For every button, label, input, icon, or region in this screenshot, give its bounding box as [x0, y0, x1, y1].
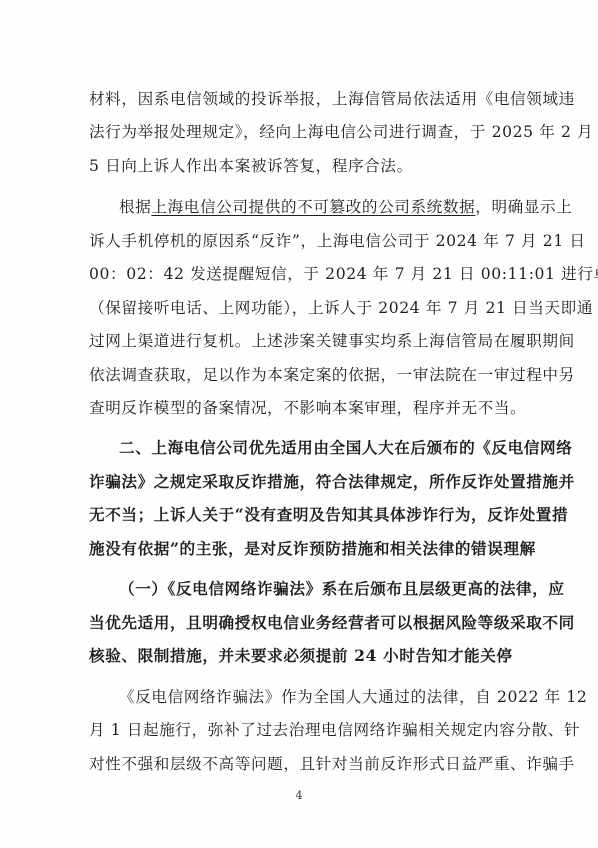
paragraph-2-line-4: （保留接听电话、上网功能），上诉人于 2024 年 7 月 21 日当天即通	[89, 298, 521, 318]
heading-2-line-4: 施没有依据”的主张，是对反诈预防措施和相关法律的错误理解	[89, 539, 521, 559]
subheading-1-line-1: （一）《反电信网络诈骗法》系在后颁布且层级更高的法律，应	[119, 579, 521, 599]
paragraph-3-line-1: 《反电信网络诈骗法》作为全国人大通过的法律，自 2022 年 12	[119, 687, 521, 707]
paragraph-2-line-3: 00：02：42 发送提醒短信，于 2024 年 7 月 21 日 00:11:…	[89, 264, 521, 284]
page-number: 4	[0, 789, 598, 802]
paragraph-2-line-6: 依法调查获取，足以作为本案定案的依据，一审法院在一审过程中另	[89, 365, 521, 385]
document-page: 材料，因系电信领域的投诉举报，上海信管局依法适用《电信领域违 法行为举报处理规定…	[0, 0, 598, 848]
paragraph-2-line-7: 查明反诈模型的备案情况，不影响本案审理，程序并无不当。	[89, 398, 521, 418]
underlined-phrase: 上海电信公司提供的不可篡改的公司系统数据	[151, 198, 475, 216]
subheading-1-line-3: 核验、限制措施，并未要求必须提前 24 小时告知才能关停	[89, 646, 521, 666]
heading-2-line-1: 二、上海电信公司优先适用由全国人大在后颁布的《反电信网络	[119, 438, 521, 458]
paragraph-3-line-3: 对性不强和层级不高等问题，且针对当前反诈形式日益严重、诈骗手	[89, 754, 521, 774]
paragraph-1-line-1: 材料，因系电信领域的投诉举报，上海信管局依法适用《电信领域违	[89, 89, 521, 109]
heading-2-line-2: 诈骗法》之规定采取反诈措施，符合法律规定，所作反诈处置措施并	[89, 472, 521, 492]
paragraph-2-line-1: 根据上海电信公司提供的不可篡改的公司系统数据，明确显示上	[119, 197, 521, 217]
paragraph-2-suffix: ，明确显示上	[475, 198, 572, 216]
paragraph-2-line-5: 过网上渠道进行复机。上述涉案关键事实均系上海信管局在履职期间	[89, 331, 521, 351]
paragraph-1-line-3: 5 日向上诉人作出本案被诉答复，程序合法。	[89, 156, 521, 176]
subheading-1-line-2: 当优先适用，且明确授权电信业务经营者可以根据风险等级采取不同	[89, 613, 521, 633]
paragraph-1-line-2: 法行为举报处理规定》，经向上海电信公司进行调查，于 2025 年 2 月	[89, 122, 521, 142]
paragraph-2-prefix: 根据	[119, 198, 151, 216]
heading-2-line-3: 无不当；上诉人关于“没有查明及告知其具体涉诈行为，反诈处置措	[89, 505, 521, 525]
paragraph-3-line-2: 月 1 日起施行，弥补了过去治理电信网络诈骗相关规定内容分散、针	[89, 720, 521, 740]
paragraph-2-line-2: 诉人手机停机的原因系“反诈”，上海电信公司于 2024 年 7 月 21 日	[89, 231, 521, 251]
